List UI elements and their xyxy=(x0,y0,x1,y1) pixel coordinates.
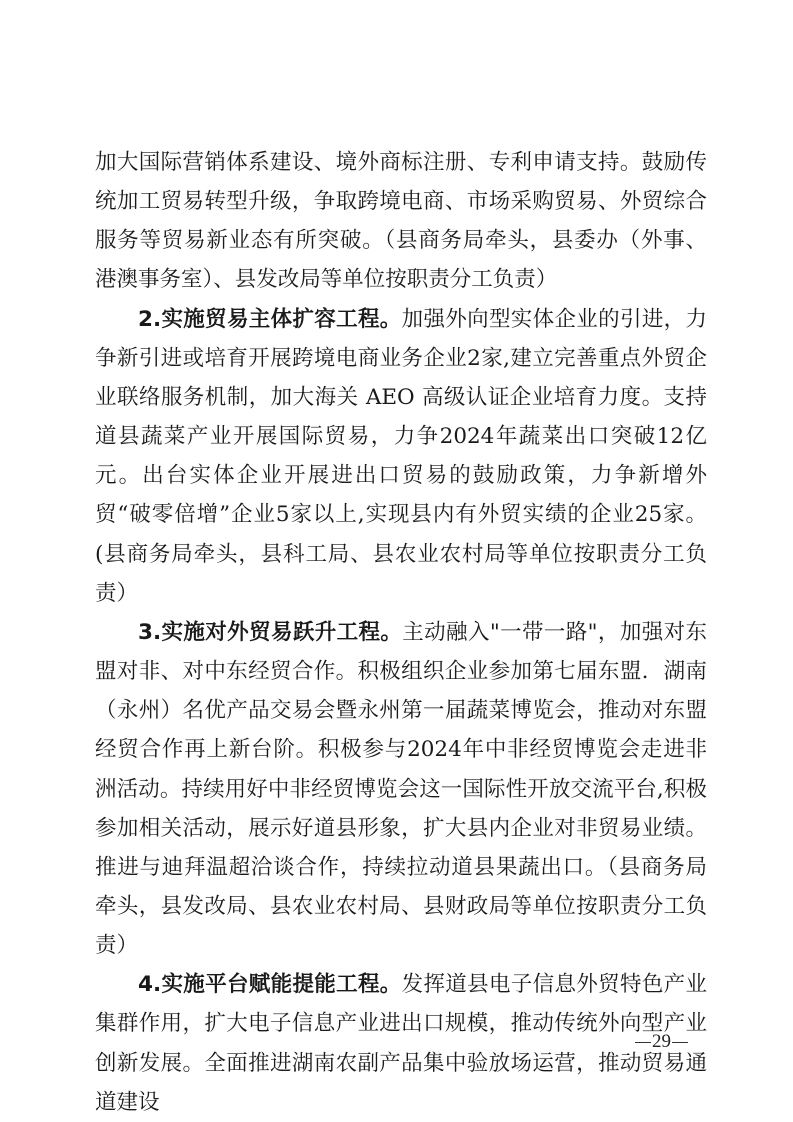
section-heading: 2.实施贸易主体扩容工程。 xyxy=(138,307,402,332)
paragraph-foreign-trade-leap: 3.实施对外贸易跃升工程。主动融入"一带一路"，加强对东盟对非、对中东经贸合作。… xyxy=(95,613,707,965)
section-heading: 4.实施平台赋能提能工程。 xyxy=(138,972,402,997)
page-number: 29 xyxy=(634,1031,689,1053)
paragraph-platform-empowerment: 4.实施平台赋能提能工程。发挥道县电子信息外贸特色产业集群作用，扩大电子信息产业… xyxy=(95,965,707,1122)
dash-left xyxy=(635,1042,651,1043)
document-page: 加大国际营销体系建设、境外商标注册、专利申请支持。鼓励传统加工贸易转型升级，争取… xyxy=(0,0,793,1122)
paragraph-text: 加强外向型实体企业的引进，力争新引进或培育开展跨境电商业务企业2家,建立完善重点… xyxy=(95,307,707,606)
paragraph-continuation: 加大国际营销体系建设、境外商标注册、专利申请支持。鼓励传统加工贸易转型升级，争取… xyxy=(95,143,707,300)
section-heading: 3.实施对外贸易跃升工程。 xyxy=(138,620,402,645)
dash-right xyxy=(672,1042,688,1043)
paragraph-text: 主动融入"一带一路"，加强对东盟对非、对中东经贸合作。积极组织企业参加第七届东盟… xyxy=(95,620,707,958)
paragraph-text: 加大国际营销体系建设、境外商标注册、专利申请支持。鼓励传统加工贸易转型升级，争取… xyxy=(95,150,707,292)
body-text: 加大国际营销体系建设、境外商标注册、专利申请支持。鼓励传统加工贸易转型升级，争取… xyxy=(95,143,707,1122)
paragraph-trade-entity-expansion: 2.实施贸易主体扩容工程。加强外向型实体企业的引进，力争新引进或培育开展跨境电商… xyxy=(95,300,707,613)
page-number-value: 29 xyxy=(652,1031,671,1053)
